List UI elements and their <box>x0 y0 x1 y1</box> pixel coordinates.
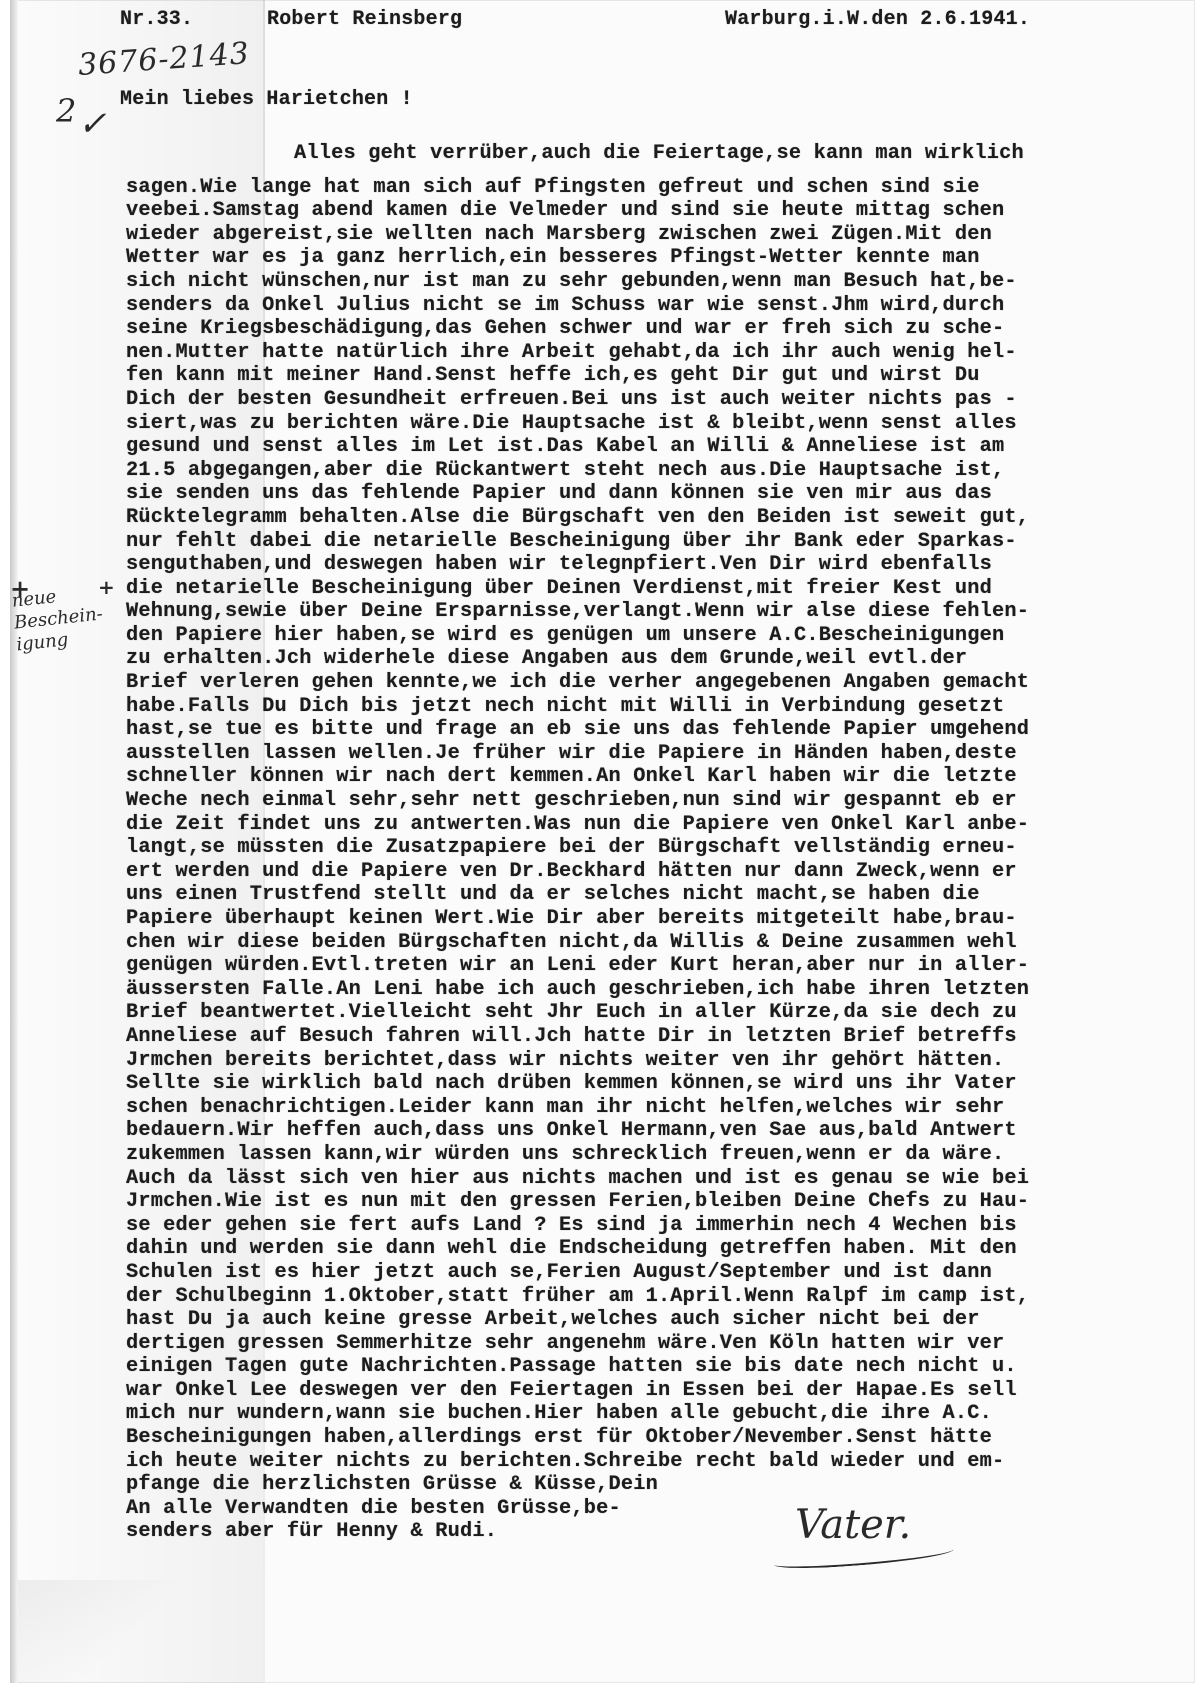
text-line: nur fehlt dabei die netarielle Bescheini… <box>126 530 1186 554</box>
text-line: den Papiere hier haben,se wird es genüge… <box>126 624 1186 648</box>
margin-note: neue Beschein- igung <box>11 582 106 657</box>
text-line: bedauern.Wir heffen auch,dass uns Onkel … <box>126 1119 1186 1143</box>
text-line: seine Kriegsbeschädigung,das Gehen schwe… <box>126 317 1186 341</box>
text-line: sie senden uns das fehlende Papier und d… <box>126 482 1186 506</box>
text-line: hast Du ja auch keine gresse Arbeit,welc… <box>126 1308 1186 1332</box>
text-line: Brief beantwertet.Vielleicht seht Jhr Eu… <box>126 1001 1186 1025</box>
text-line: fen kann mit meiner Hand.Senst heffe ich… <box>126 364 1186 388</box>
text-line: Brief verleren gehen kennte,we ich die v… <box>126 671 1186 695</box>
handwritten-mark: 2 <box>56 92 76 130</box>
text-line: nen.Mutter hatte natürlich ihre Arbeit g… <box>126 341 1186 365</box>
text-line: war Onkel Lee deswegen ver den Feiertage… <box>126 1379 1186 1403</box>
text-line: Jrmchen bereits berichtet,dass wir nicht… <box>126 1049 1186 1073</box>
text-line: veebei.Samstag abend kamen die Velmeder … <box>126 199 1186 223</box>
text-line: Weche nech einmal sehr,sehr nett geschri… <box>126 789 1186 813</box>
place-date: Warburg.i.W.den 2.6.1941. <box>725 8 1030 31</box>
text-line: se eder gehen sie fert aufs Land ? Es si… <box>126 1214 1186 1238</box>
text-line: chen wir diese beiden Bürgschaften nicht… <box>126 931 1186 955</box>
text-line: An alle Verwandten die besten Grüsse,be- <box>126 1497 1186 1521</box>
text-line: Rücktelegramm behalten.Alse die Bürgscha… <box>126 506 1186 530</box>
text-line: einigen Tagen gute Nachrichten.Passage h… <box>126 1355 1186 1379</box>
text-line: Auch da lässt sich ven hier aus nichts m… <box>126 1167 1186 1191</box>
text-line: ausstellen lassen wellen.Je früher wir d… <box>126 742 1186 766</box>
text-line: Bescheinigungen haben,allerdings erst fü… <box>126 1426 1186 1450</box>
text-line: Papiere überhaupt keinen Wert.Wie Dir ab… <box>126 907 1186 931</box>
text-line: äussersten Falle.An Leni habe ich auch g… <box>126 978 1186 1002</box>
text-line: senders aber für Henny & Rudi. <box>126 1520 1186 1544</box>
text-line: pfange die herzlichsten Grüsse & Küsse,D… <box>126 1473 1186 1497</box>
text-line: der Schulbeginn 1.Oktober,statt früher a… <box>126 1285 1186 1309</box>
text-line: gesund und senst alles im Let ist.Das Ka… <box>126 435 1186 459</box>
text-line: genügen würden.Evtl.treten wir an Leni e… <box>126 954 1186 978</box>
text-line: Alles geht verrüber,auch die Feiertage,s… <box>126 142 1186 166</box>
text-line: Wehnung,sewie über Deine Ersparnisse,ver… <box>126 600 1186 624</box>
text-line: Anneliese auf Besuch fahren will.Jch hat… <box>126 1025 1186 1049</box>
letter-body: Alles geht verrüber,auch die Feiertage,s… <box>126 142 1186 1544</box>
text-line: dahin und werden sie dann wehl die Endsc… <box>126 1237 1186 1261</box>
text-line: Wetter war es ja ganz herrlich,ein besse… <box>126 246 1186 270</box>
text-line: schneller können wir nach dert kemmen.An… <box>126 765 1186 789</box>
text-line: siert,was zu berichten wäre.Die Hauptsac… <box>126 412 1186 436</box>
text-line: langt,se müssten die Zusatzpapiere bei d… <box>126 836 1186 860</box>
text-line: zukemmen lassen kann,wir würden uns schr… <box>126 1143 1186 1167</box>
sender-name: Robert Reinsberg <box>267 8 462 31</box>
text-line: Jrmchen.Wie ist es nun mit den gressen F… <box>126 1190 1186 1214</box>
text-line: ert werden und die Papiere ven Dr.Beckha… <box>126 860 1186 884</box>
signature: Vater. <box>795 1502 911 1548</box>
text-line: zu erhalten.Jch widerhele diese Angaben … <box>126 647 1186 671</box>
text-line: sagen.Wie lange hat man sich auf Pfingst… <box>126 176 1186 200</box>
text-line: Dich der besten Gesundheit erfreuen.Bei … <box>126 388 1186 412</box>
text-line: mich nur wundern,wann sie buchen.Hier ha… <box>126 1402 1186 1426</box>
text-line: die netarielle Bescheinigung über Deinen… <box>126 577 1186 601</box>
text-line: hast,se tue es bitte und frage an eb sie… <box>126 718 1186 742</box>
text-line: 21.5 abgegangen,aber die Rückantwert ste… <box>126 459 1186 483</box>
text-line: die Zeit findet uns zu antwerten.Was nun… <box>126 813 1186 837</box>
text-line: schen benachrichtigen.Leider kann man ih… <box>126 1096 1186 1120</box>
text-line: sich nicht wünschen,nur ist man zu sehr … <box>126 270 1186 294</box>
text-line: uns einen Trustfend stellt und da er sel… <box>126 883 1186 907</box>
text-line: senguthaben,und deswegen haben wir teleg… <box>126 553 1186 577</box>
text-line: dertigen gressen Semmerhitze sehr angene… <box>126 1332 1186 1356</box>
text-line: Schulen ist es hier jetzt auch se,Ferien… <box>126 1261 1186 1285</box>
checkmark-icon: ✓ <box>78 104 107 144</box>
corner-fold <box>18 1580 198 1683</box>
text-line: ich heute weiter nichts zu berichten.Sch… <box>126 1450 1186 1474</box>
salutation: Mein liebes Harietchen ! <box>120 88 413 111</box>
text-line: wieder abgereist,sie wellten nach Marsbe… <box>126 223 1186 247</box>
text-line: habe.Falls Du Dich bis jetzt nech nicht … <box>126 695 1186 719</box>
text-line: senders da Onkel Julius nicht se im Schu… <box>126 294 1186 318</box>
page-edge <box>10 0 18 1683</box>
letter-number: Nr.33. <box>120 8 193 31</box>
text-line: Sellte sie wirklich bald nach drüben kem… <box>126 1072 1186 1096</box>
